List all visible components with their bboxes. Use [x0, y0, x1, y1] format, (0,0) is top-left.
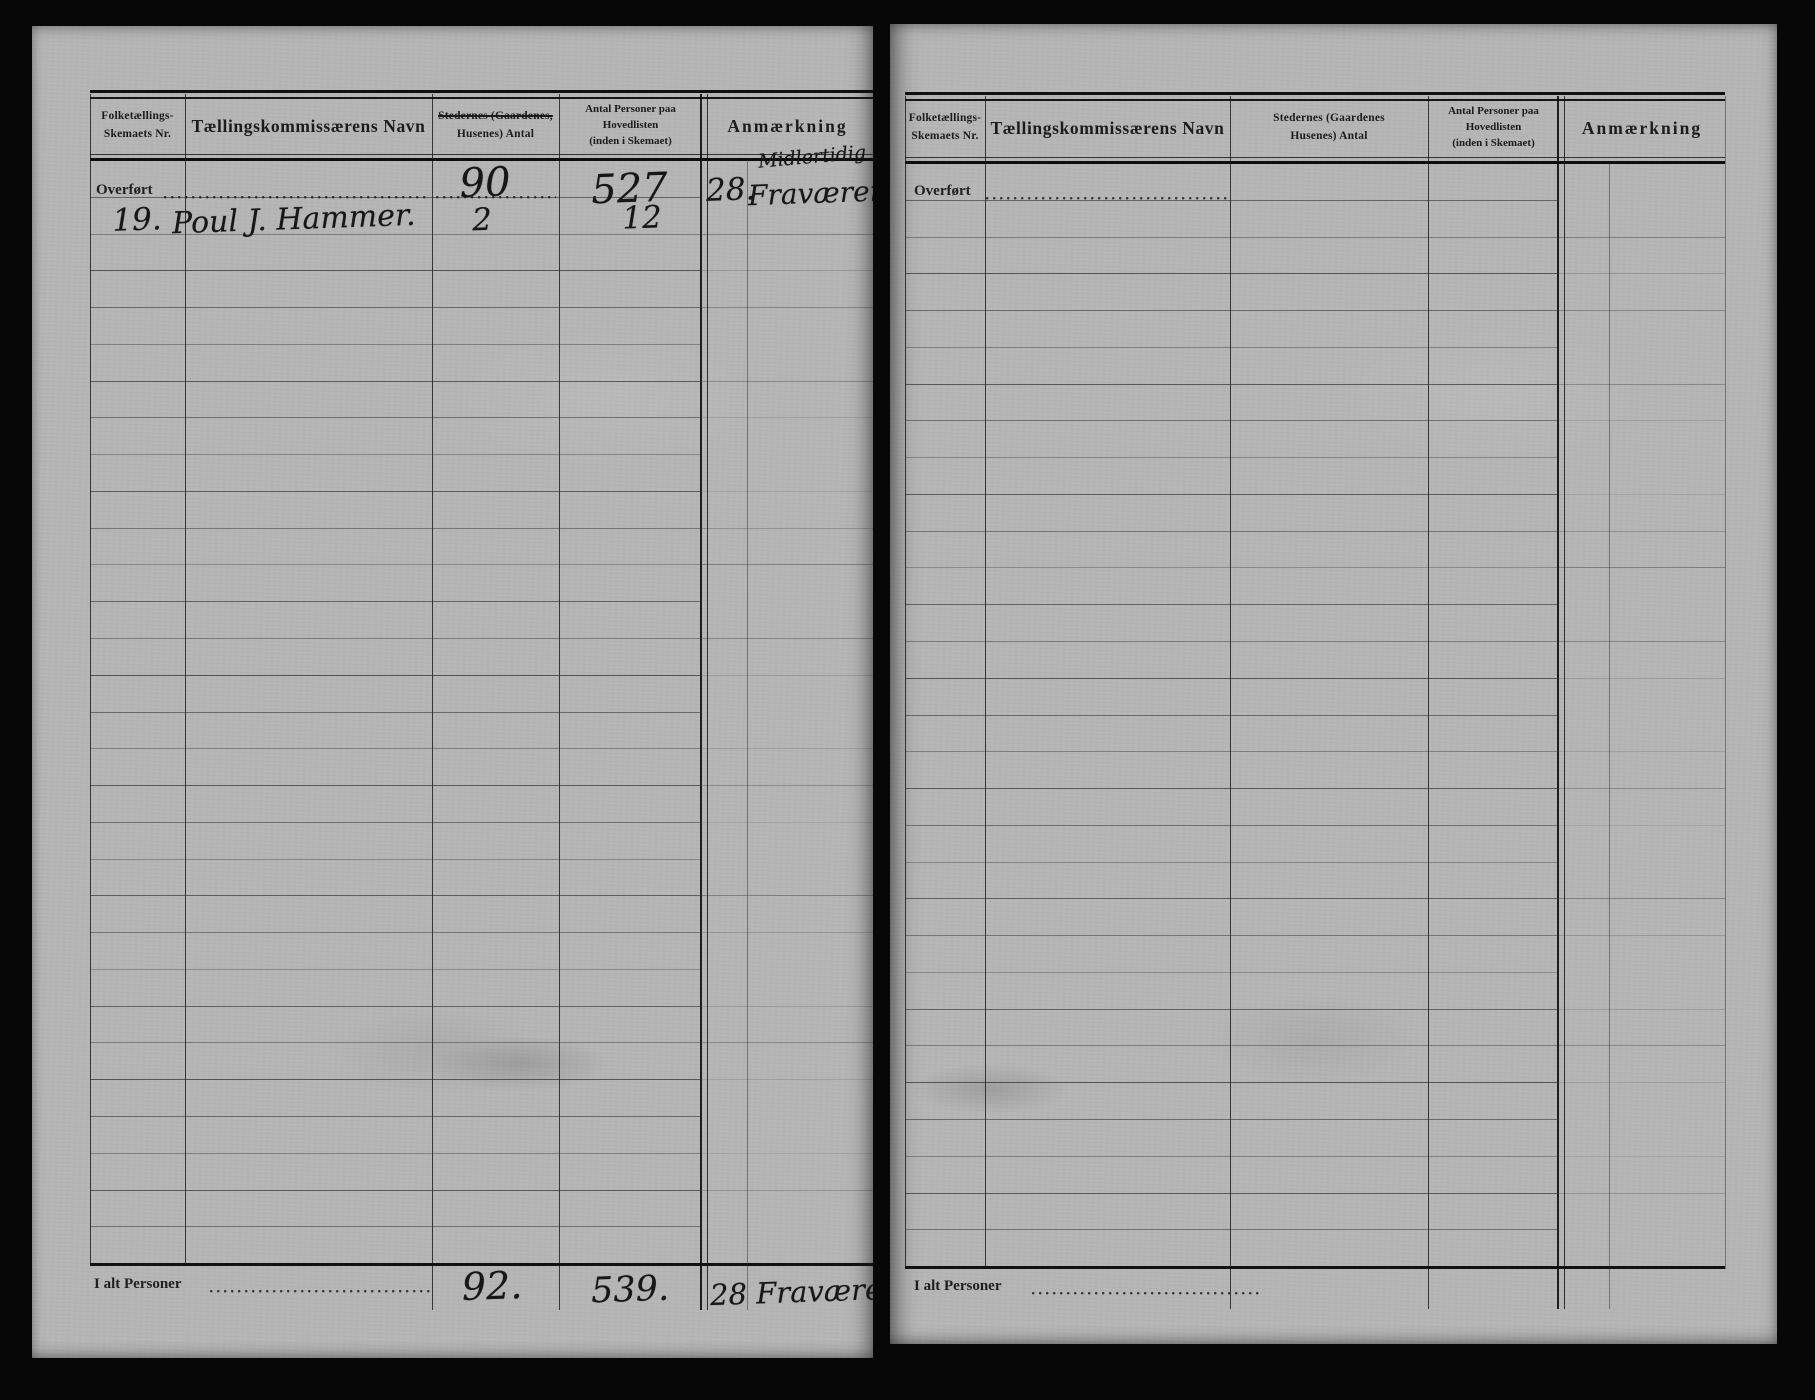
row-line — [1559, 1045, 1725, 1046]
overfort-label: Overført — [96, 182, 153, 199]
header-text: Folketællings- — [909, 110, 981, 128]
row-line — [90, 748, 702, 749]
table-body-grid — [90, 160, 873, 1263]
row-line — [1559, 384, 1725, 385]
row-line — [90, 270, 702, 271]
header-text: Tællingskommissærens Navn — [192, 116, 426, 137]
handwritten-steder-antal: 90 — [429, 158, 541, 208]
row-line — [905, 237, 1559, 238]
row-line — [90, 564, 702, 565]
row-line — [1559, 273, 1725, 274]
row-line — [702, 234, 873, 235]
header-text: Skemaets Nr. — [911, 128, 978, 146]
row-line — [90, 417, 702, 418]
total-label: I alt Personer — [94, 1276, 181, 1293]
header-text: (inden i Skemaet) — [1452, 136, 1535, 152]
row-line — [90, 1190, 702, 1191]
row-line — [905, 494, 1559, 495]
handwritten-total-remark: 28 Fraværende. — [709, 1270, 873, 1312]
row-line — [702, 1042, 873, 1043]
row-line — [1559, 420, 1725, 421]
row-line — [1559, 531, 1725, 532]
row-line — [905, 715, 1559, 716]
row-line — [90, 344, 702, 345]
census-page-left: Folketællings- Skemaets Nr. Tællingskomm… — [32, 26, 873, 1358]
row-line — [90, 638, 702, 639]
header-cell-skema-nr: Folketællings- Skemaets Nr. — [905, 100, 985, 156]
row-line — [702, 895, 873, 896]
row-line — [905, 1119, 1559, 1120]
row-line — [905, 1193, 1559, 1194]
header-text: Skemaets Nr. — [104, 126, 171, 144]
row-line — [702, 932, 873, 933]
row-line — [905, 200, 1559, 201]
handwritten-personer: 12 — [586, 198, 697, 238]
row-line — [90, 969, 702, 970]
row-line — [90, 1042, 702, 1043]
row-line — [1559, 494, 1725, 495]
header-text: Hovedlisten — [1466, 120, 1522, 136]
row-line — [90, 1006, 702, 1007]
header-text: Antal Personer paa — [1448, 104, 1539, 120]
header-text: Tællingskommissærens Navn — [991, 118, 1225, 139]
row-line — [702, 307, 873, 308]
row-line — [905, 898, 1559, 899]
row-line — [90, 859, 702, 860]
row-line — [1559, 935, 1725, 936]
row-line — [90, 895, 702, 896]
row-line — [905, 567, 1559, 568]
header-cell-steder-antal: Stedernes (Gaardenes, Husenes) Antal — [432, 98, 559, 154]
row-line — [905, 384, 1559, 385]
row-line — [905, 1009, 1559, 1010]
row-line — [905, 347, 1559, 348]
row-line — [905, 1156, 1559, 1157]
dot-leader — [1032, 1292, 1260, 1295]
header-text: Anmærkning — [727, 116, 847, 137]
row-line — [702, 822, 873, 823]
row-line — [90, 601, 702, 602]
row-line — [90, 381, 702, 382]
row-line — [1559, 641, 1725, 642]
row-line — [905, 788, 1559, 789]
row-line — [702, 675, 873, 676]
row-line — [1559, 898, 1725, 899]
census-page-right: Folketællings- Skemaets Nr. Tællingskomm… — [890, 24, 1777, 1344]
row-line — [702, 270, 873, 271]
row-line — [90, 1226, 702, 1227]
header-cell-anmaerkning: Anmærkning — [1559, 100, 1725, 156]
row-line — [702, 638, 873, 639]
row-line — [702, 1006, 873, 1007]
total-label: I alt Personer — [914, 1278, 1001, 1295]
row-line — [905, 641, 1559, 642]
row-line — [90, 1079, 702, 1080]
row-line — [1559, 1009, 1725, 1010]
scanned-census-spread: Folketællings- Skemaets Nr. Tællingskomm… — [0, 0, 1815, 1400]
pencil-smudge — [432, 1036, 612, 1091]
row-line — [702, 491, 873, 492]
header-cell-kommissaer: Tællingskommissærens Navn — [185, 98, 432, 154]
header-cell-antal-personer: Antal Personer paa Hovedlisten (inden i … — [559, 96, 702, 156]
row-line — [90, 675, 702, 676]
row-line — [1559, 1193, 1725, 1194]
handwritten-total-antal: 92. — [436, 1262, 547, 1310]
row-line — [90, 491, 702, 492]
row-line — [1559, 1156, 1725, 1157]
header-text: Folketællings- — [101, 108, 173, 126]
row-line — [1559, 788, 1725, 789]
row-line — [702, 1079, 873, 1080]
row-line — [90, 307, 702, 308]
row-line — [702, 564, 873, 565]
row-line — [1559, 751, 1725, 752]
row-line — [905, 751, 1559, 752]
row-line — [905, 1045, 1559, 1046]
header-cell-kommissaer: Tællingskommissærens Navn — [985, 100, 1230, 156]
header-text: Husenes) Antal — [1290, 128, 1367, 146]
row-line — [90, 712, 702, 713]
row-line — [905, 457, 1559, 458]
row-line — [90, 932, 702, 933]
row-line — [702, 528, 873, 529]
header-cell-antal-personer: Antal Personer paa Hovedlisten (inden i … — [1428, 98, 1559, 158]
row-line — [702, 1190, 873, 1191]
row-line — [905, 935, 1559, 936]
row-line — [90, 785, 702, 786]
header-cell-steder-antal: Stedernes (Gaardenes Husenes) Antal — [1230, 100, 1428, 156]
row-line — [702, 381, 873, 382]
row-line — [905, 1229, 1559, 1230]
pencil-smudge — [910, 1064, 1070, 1114]
row-line — [905, 420, 1559, 421]
overfort-label: Overført — [914, 183, 971, 200]
table-right-border — [1725, 96, 1726, 1269]
total-row-rule — [905, 1266, 1725, 1269]
row-line — [90, 1116, 702, 1117]
row-line — [1559, 678, 1725, 679]
dot-leader — [986, 197, 1228, 200]
header-text: Hovedlisten — [603, 118, 659, 134]
row-line — [702, 417, 873, 418]
row-line — [905, 310, 1559, 311]
handwritten-remark: Fraværende. — [747, 173, 873, 212]
header-text-struck: Stedernes (Gaardenes, — [438, 108, 553, 126]
row-line — [1559, 237, 1725, 238]
row-line — [702, 785, 873, 786]
header-text: Antal Personer paa — [585, 102, 676, 118]
row-line — [905, 604, 1559, 605]
row-line — [905, 972, 1559, 973]
header-text: (inden i Skemaet) — [589, 134, 672, 150]
handwritten-steder-antal: 2 — [441, 201, 522, 240]
row-line — [1559, 310, 1725, 311]
handwritten-total-personer: 539. — [564, 1268, 695, 1313]
dot-leader — [210, 1290, 432, 1293]
row-line — [1559, 825, 1725, 826]
header-text: Husenes) Antal — [457, 126, 534, 144]
row-line — [905, 531, 1559, 532]
header-text: Stedernes (Gaardenes — [1273, 110, 1385, 128]
row-line — [1559, 567, 1725, 568]
row-line — [1559, 1082, 1725, 1083]
row-line — [90, 822, 702, 823]
row-line — [90, 454, 702, 455]
row-line — [702, 1153, 873, 1154]
handwritten-skema-nr: 19. — [101, 201, 172, 239]
row-line — [905, 678, 1559, 679]
row-line — [905, 273, 1559, 274]
row-line — [905, 862, 1559, 863]
row-line — [90, 528, 702, 529]
row-line — [702, 748, 873, 749]
header-cell-skema-nr: Folketællings- Skemaets Nr. — [90, 98, 185, 154]
row-line — [905, 825, 1559, 826]
header-text: Anmærkning — [1582, 118, 1702, 139]
row-line — [90, 1153, 702, 1154]
